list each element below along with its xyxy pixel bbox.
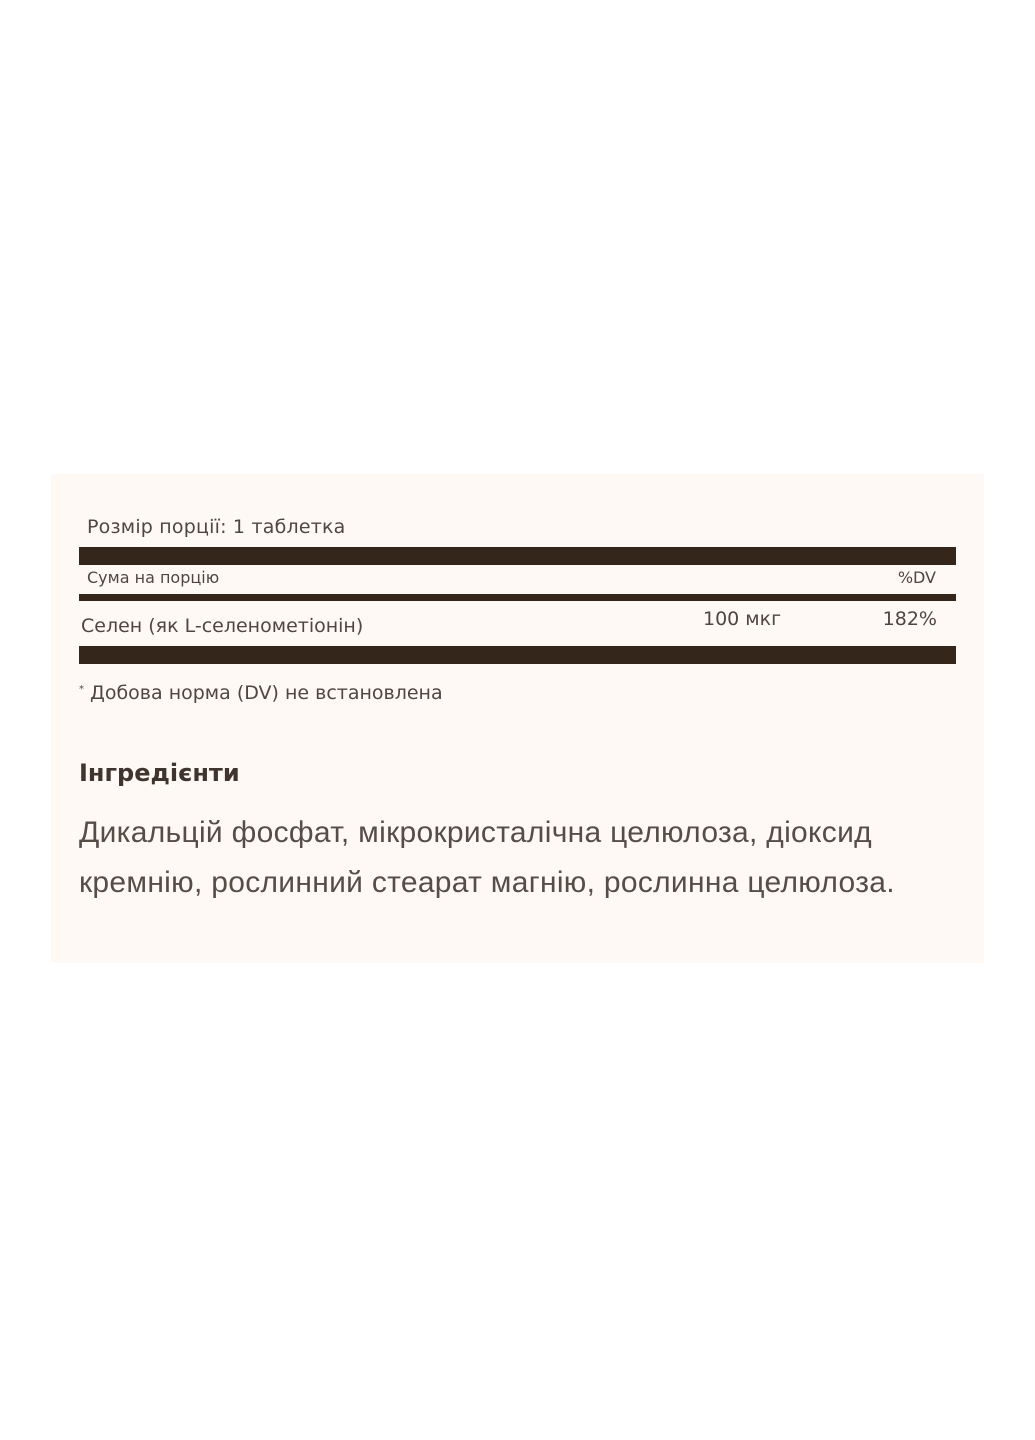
dv-header: %DV xyxy=(898,568,936,587)
nutrient-amount: 100 мкг xyxy=(703,608,781,630)
nutrient-name: Селен (як L-селенометіонін) xyxy=(81,615,363,637)
footnote: *Добова норма (DV) не встановлена xyxy=(79,682,443,704)
divider-thin xyxy=(79,594,956,601)
footnote-text: Добова норма (DV) не встановлена xyxy=(90,682,443,704)
ingredients-text: Дикальцій фосфат, мікрокристалічна целюл… xyxy=(79,808,939,908)
divider-thick-top xyxy=(79,547,956,565)
divider-thick-bottom xyxy=(79,646,956,664)
ingredients-title: Інгредієнти xyxy=(79,759,240,787)
footnote-marker: * xyxy=(79,684,84,695)
amount-per-serving-label: Сума на порцію xyxy=(87,568,219,587)
nutrient-dv: 182% xyxy=(883,608,937,630)
supplement-facts-panel: Розмір порції: 1 таблетка Сума на порцію… xyxy=(51,474,984,963)
serving-size: Розмір порції: 1 таблетка xyxy=(87,516,346,538)
